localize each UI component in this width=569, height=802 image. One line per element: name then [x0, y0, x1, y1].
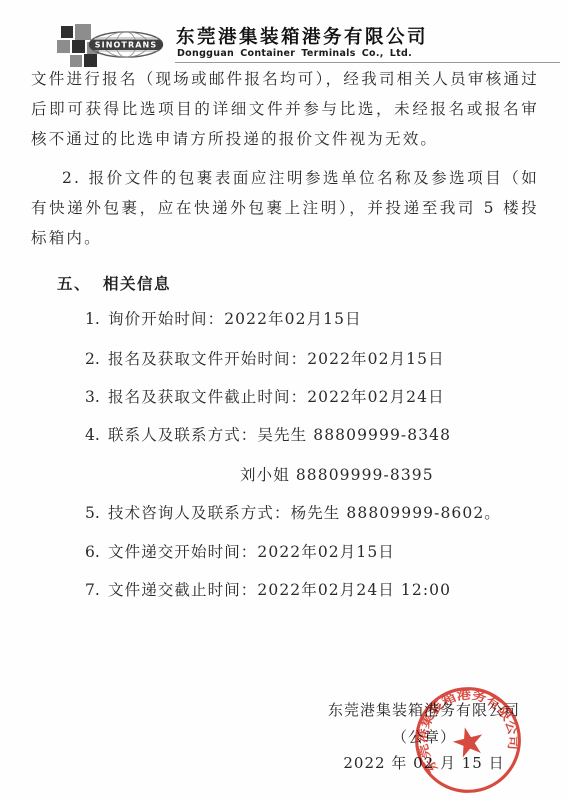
signature-block: 东莞港集装箱港务有限公司 （公章） 2022 年 02 月 15 日 — [328, 697, 520, 777]
list-item-registration-deadline: 3.报名及获取文件截止时间：2022年02月24日 — [85, 388, 445, 407]
list-item-contacts: 4.联系人及联系方式：吴先生 88809999-8348 — [85, 426, 451, 445]
signature-seal-note: （公章） — [328, 724, 520, 751]
paragraph-packaging-note: 2. 报价文件的包裹表面应注明参选单位名称及参选项目（如有快递外包裹，应在快递外… — [31, 163, 539, 253]
sinotrans-globe-icon: SINOTRANS — [88, 31, 164, 59]
header-divider — [175, 62, 560, 63]
list-item-registration-start: 2.报名及获取文件开始时间：2022年02月15日 — [85, 350, 445, 369]
list-item-inquiry-start: 1.询价开始时间：2022年02月15日 — [85, 310, 362, 329]
section-title: 相关信息 — [103, 274, 171, 293]
list-item-submission-deadline: 7.文件递交截止时间：2022年02月24日 12:00 — [85, 581, 451, 600]
company-name-cn: 东莞港集装箱港务有限公司 — [176, 23, 428, 49]
list-item-contacts-line2: 刘小姐 88809999-8395 — [240, 466, 434, 485]
signature-date: 2022 年 02 月 15 日 — [328, 750, 520, 777]
signature-company: 东莞港集装箱港务有限公司 — [328, 697, 520, 724]
list-item-submission-start: 6.文件递交开始时间：2022年02月15日 — [85, 543, 395, 562]
section-heading: 五、相关信息 — [57, 272, 171, 294]
document-page: SINOTRANS 东莞港集装箱港务有限公司 Dongguan Containe… — [0, 0, 569, 802]
brand-ribbon-text: SINOTRANS — [95, 41, 157, 50]
company-name-en: Dongguan Container Terminals Co., Ltd. — [177, 48, 412, 59]
section-number: 五、 — [57, 274, 91, 293]
paragraph-continuation: 文件进行报名（现场或邮件报名均可），经我司相关人员审核通过后即可获得比选项目的详… — [31, 64, 539, 154]
list-item-technical-contact: 5.技术咨询人及联系方式：杨先生 88809999-8602。 — [85, 504, 501, 523]
